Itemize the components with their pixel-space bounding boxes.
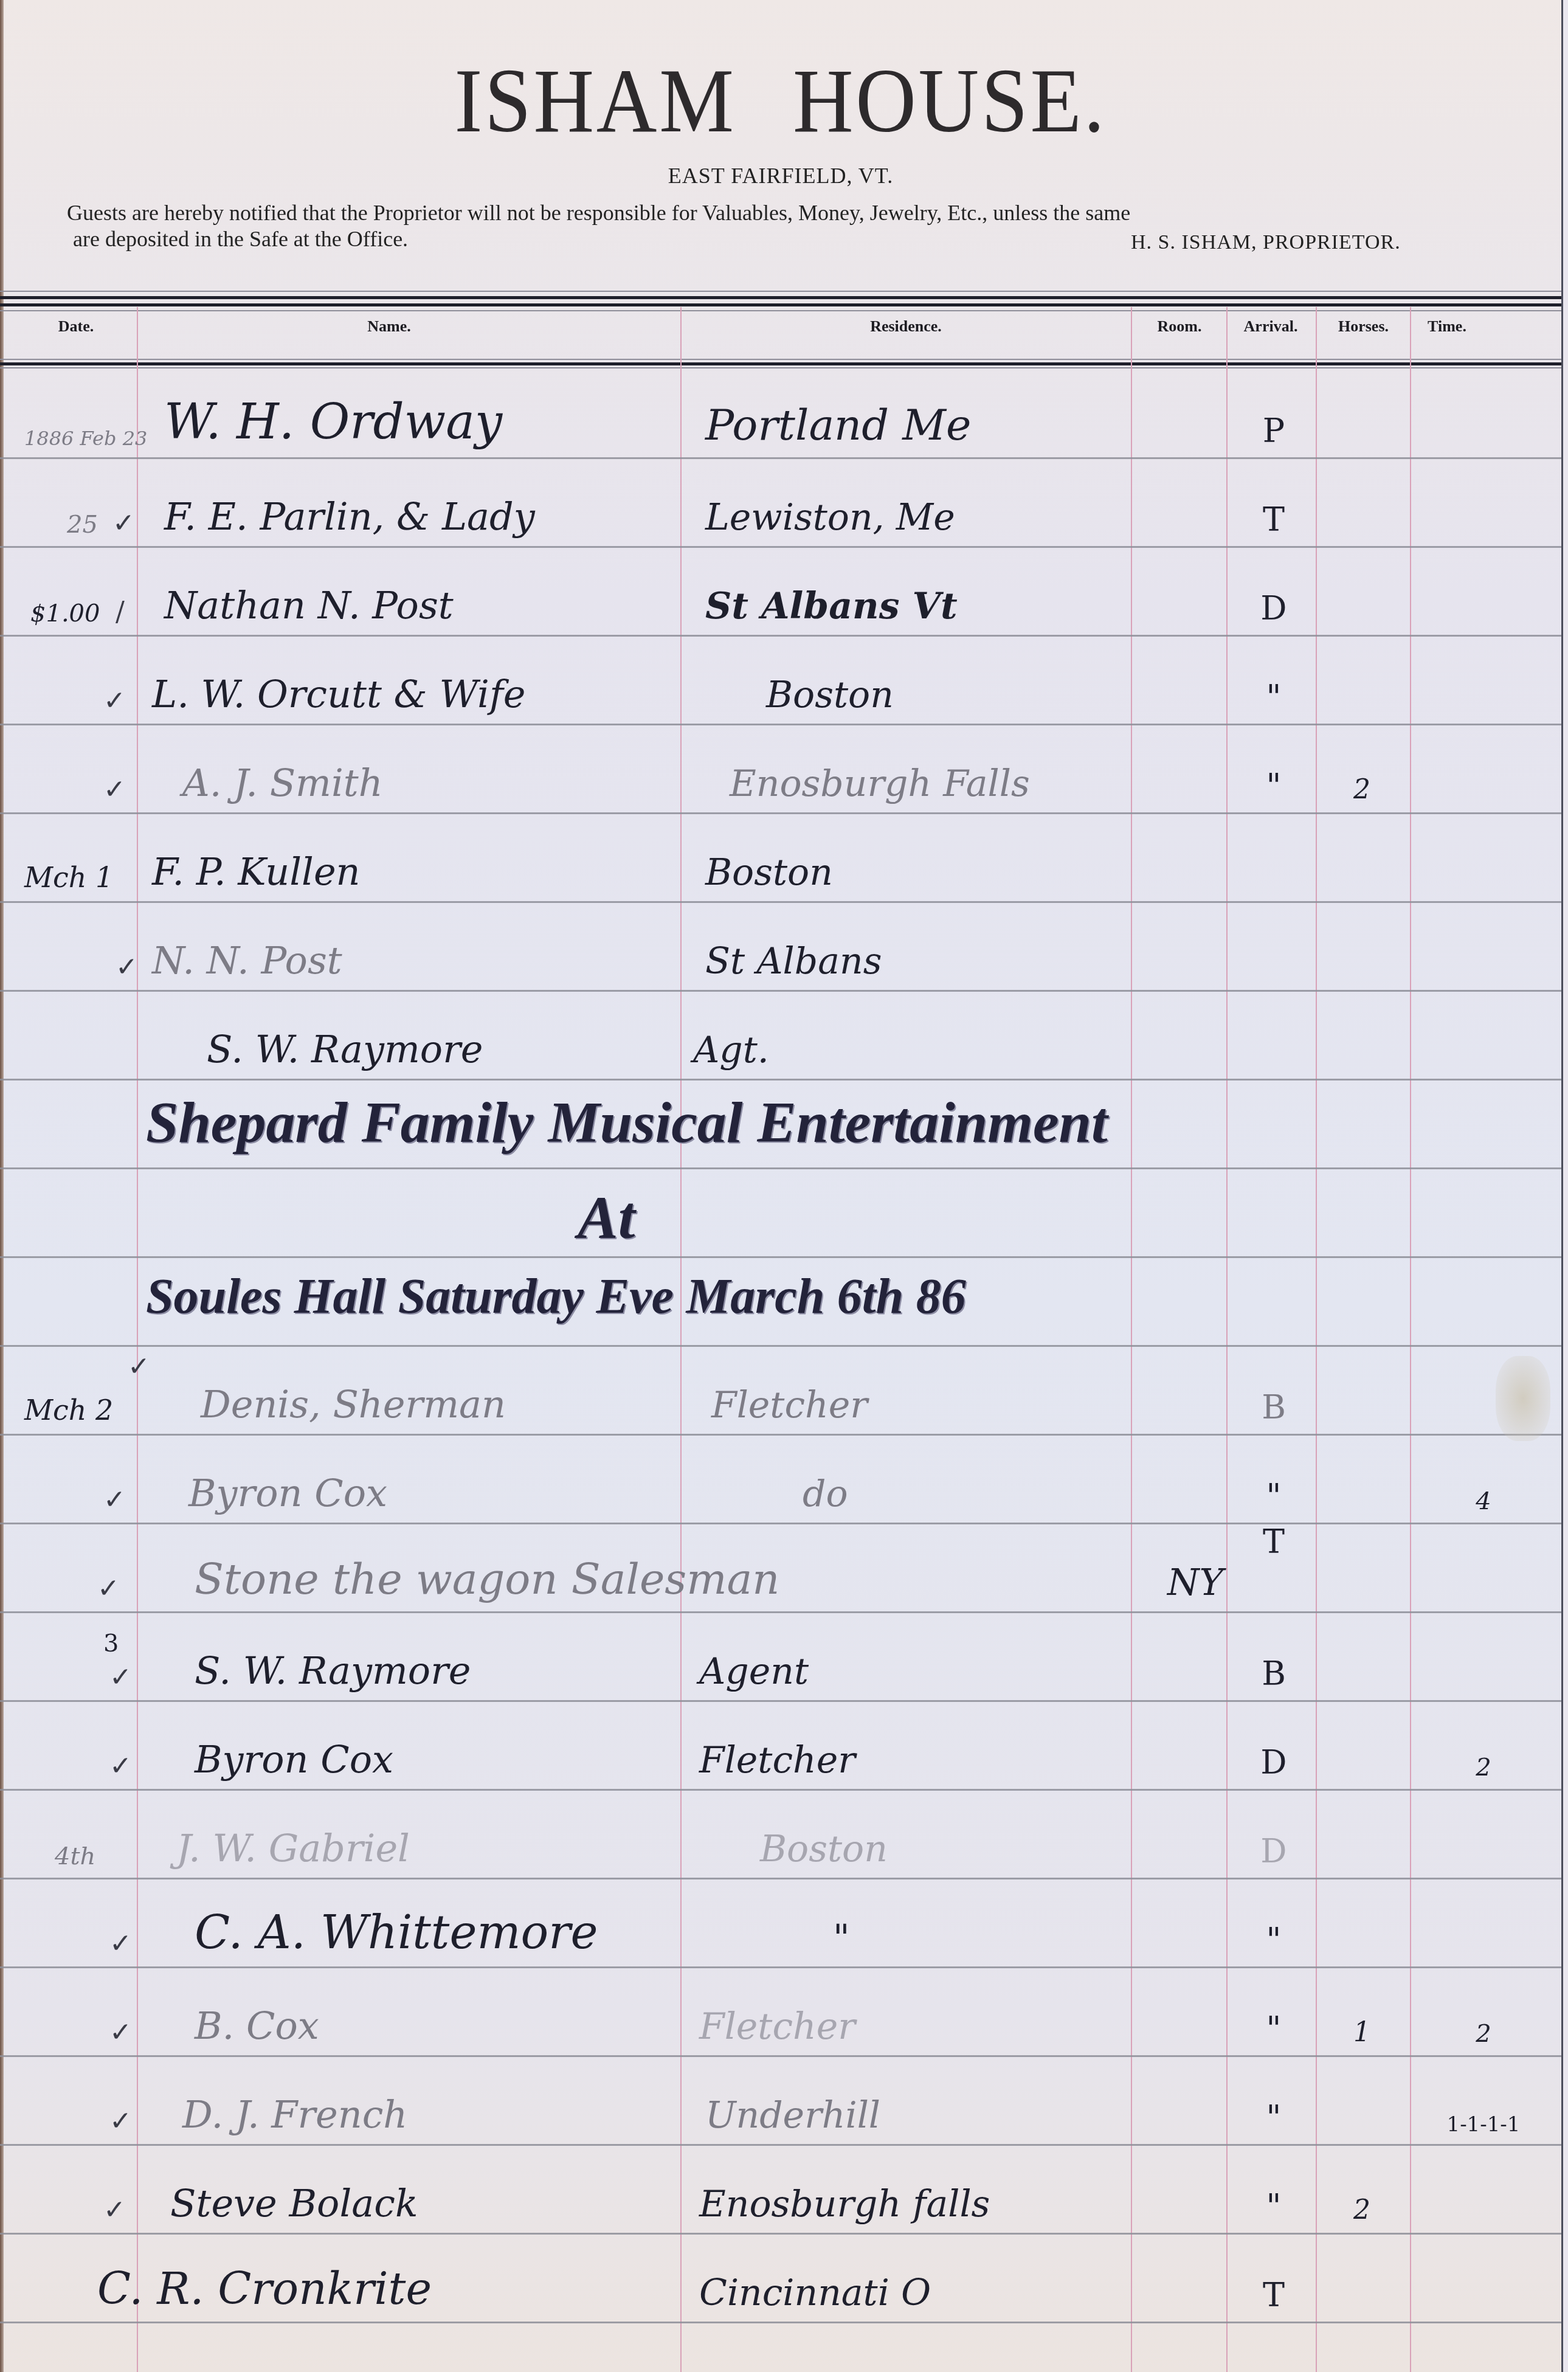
entry-arrival: D	[1237, 1743, 1310, 1782]
entry-name: J. W. Gabriel	[176, 1826, 410, 1870]
entry-residence: Boston	[766, 674, 894, 716]
hotel-title: ISHAM HOUSE.	[63, 49, 1499, 153]
entry-time: 1-1-1-1	[1417, 2112, 1550, 2137]
checkmark-icon: ✓	[116, 952, 138, 983]
ruled-line	[0, 1079, 1561, 1081]
entry-horses: 2	[1322, 2194, 1401, 2225]
entry-residence: Boston	[760, 1828, 888, 1870]
entry-arrival: B	[1237, 1655, 1310, 1693]
entry-arrival: "	[1237, 2098, 1310, 2137]
entry-name: A. J. Smith	[182, 761, 383, 805]
column-header-time: Time.	[1414, 317, 1480, 336]
entry-residence: Cincinnati O	[699, 2272, 931, 2314]
entry-arrival: "	[1237, 2010, 1310, 2048]
header-rule-top-thick-2	[0, 303, 1561, 306]
ruled-line	[0, 2322, 1561, 2323]
entry-arrival: D	[1237, 1832, 1310, 1870]
entry-date: Mch 1	[24, 861, 137, 894]
entry-payment: $1.00	[30, 600, 143, 628]
checkmark-icon: ✓	[109, 2017, 132, 2048]
column-header-room: Room.	[1137, 317, 1222, 336]
checkmark-icon: ✓	[109, 1662, 132, 1693]
entry-date: 4th	[55, 1842, 167, 1870]
register-entry: ✓ Byron Cox do " 4	[0, 1434, 1561, 1523]
register-entry: ✓ Steve Bolack Enosburgh falls " 2	[0, 2144, 1561, 2233]
register-page: ISHAM HOUSE. EAST FAIRFIELD, VT. Guests …	[0, 0, 1563, 2372]
entry-name: F. P. Kullen	[152, 849, 361, 894]
entry-name: Byron Cox	[195, 1737, 393, 1782]
entry-residence: Fletcher	[711, 1384, 868, 1426]
entry-arrival: B	[1237, 1388, 1310, 1426]
register-entry: ✓ C. A. Whittemore " "	[0, 1878, 1561, 1966]
column-header-residence: Residence.	[851, 317, 961, 336]
entry-residence: Enosburgh Falls	[730, 762, 1030, 805]
entry-horses: 2	[1322, 774, 1401, 805]
entry-horses: 1	[1322, 2017, 1401, 2048]
register-entry: $1.00 / Nathan N. Post St Albans Vt D	[0, 546, 1561, 635]
column-header-arrival: Arrival.	[1228, 317, 1313, 336]
checkmark-icon: ✓	[103, 2194, 126, 2225]
entry-arrival: P	[1237, 412, 1310, 450]
entry-name: Byron Cox	[188, 1471, 387, 1515]
checkmark-icon: ✓	[103, 685, 126, 716]
register-entry: ✓ B. Cox Fletcher " 1 2	[0, 1966, 1561, 2055]
entry-residence: St Albans Vt	[705, 585, 958, 628]
entry-residence: NY	[1167, 1561, 1223, 1604]
header-rule-top-thick-1	[0, 296, 1561, 299]
entry-time: 2	[1417, 1754, 1550, 1782]
entry-residence: "	[833, 1917, 850, 1959]
entry-residence: Lewiston, Me	[705, 496, 955, 539]
entry-residence: Fletcher	[699, 1739, 855, 1782]
checkmark-icon: ✓	[103, 774, 126, 805]
checkmark-icon: ✓	[128, 1351, 150, 1382]
checkmark-icon: ✓	[109, 1751, 132, 1782]
checkmark-icon: ✓	[109, 2106, 132, 2137]
announcement-line-2: At	[578, 1183, 635, 1253]
register-entry: ✓ A. J. Smith Enosburgh Falls " 2	[0, 724, 1561, 812]
entry-date: Mch 2	[24, 1394, 137, 1426]
column-header-date: Date.	[36, 317, 116, 336]
header-rule-top-thin	[0, 291, 1561, 292]
entry-arrival: T	[1237, 2276, 1310, 2314]
column-header-name: Name.	[340, 317, 438, 336]
entry-arrival: "	[1237, 678, 1310, 716]
entry-name: C. R. Cronkrite	[97, 2263, 432, 2314]
checkmark-icon: ✓	[112, 508, 135, 539]
header-rule-top-thin-2	[0, 310, 1561, 311]
proprietor-signature: H. S. ISHAM, PROPRIETOR.	[1131, 231, 1401, 254]
entry-arrival: D	[1237, 589, 1310, 628]
entry-residence: Underhill	[705, 2094, 880, 2137]
entry-residence: do	[803, 1473, 848, 1515]
entry-time: 4	[1417, 1487, 1550, 1515]
register-entry: ✓ L. W. Orcutt & Wife Boston "	[0, 635, 1561, 724]
register-entry: ✓ Stone the wagon Salesman NY T	[0, 1523, 1561, 1611]
entry-arrival: "	[1237, 2187, 1310, 2225]
entry-time: 2	[1417, 2020, 1550, 2048]
entry-arrival: T	[1237, 1523, 1310, 1561]
entry-name: S. W. Raymore	[195, 1648, 471, 1693]
hotel-location: EAST FAIRFIELD, VT.	[0, 163, 1561, 188]
header-rule-bottom-thin	[0, 359, 1561, 360]
entry-date: 1886 Feb 23	[24, 427, 137, 450]
announcement-line-3: Soules Hall Saturday Eve March 6th 86	[146, 1268, 966, 1325]
column-header-horses: Horses.	[1319, 317, 1407, 336]
entry-name: B. Cox	[195, 2004, 319, 2048]
entry-arrival: "	[1237, 767, 1310, 805]
ruled-line	[0, 1256, 1561, 1258]
register-entry: C. R. Cronkrite Cincinnati O T	[0, 2233, 1561, 2322]
entry-arrival: T	[1237, 500, 1310, 539]
notice-line-2: are deposited in the Safe at the Office.	[73, 226, 408, 252]
entry-arrival: "	[1237, 1921, 1310, 1959]
register-entry: ✓ D. J. French Underhill " 1-1-1-1	[0, 2055, 1561, 2144]
entry-arrival: "	[1237, 1477, 1310, 1515]
entry-name: C. A. Whittemore	[195, 1905, 598, 1959]
entry-residence: Portland Me	[705, 400, 971, 450]
register-entry: ✓ N. N. Post St Albans	[0, 901, 1561, 990]
register-entry: 1886 Feb 23 W. H. Ordway Portland Me P	[0, 368, 1561, 457]
entry-name: S. W. Raymore	[207, 1027, 483, 1071]
register-entry: ✓ Byron Cox Fletcher D 2	[0, 1700, 1561, 1789]
entry-residence: Agt.	[693, 1029, 769, 1071]
header-rule-bottom-thick	[0, 362, 1561, 365]
entry-residence: Enosburgh falls	[699, 2183, 990, 2225]
tick-mark-icon: /	[116, 596, 125, 628]
announcement-line-1: Shepard Family Musical Entertainment	[146, 1088, 1108, 1156]
entry-residence: Boston	[705, 851, 833, 894]
entry-name: Denis, Sherman	[201, 1382, 506, 1426]
entry-name: N. N. Post	[152, 938, 342, 983]
entry-residence: Agent	[699, 1650, 809, 1693]
notice-line-1: Guests are hereby notified that the Prop…	[67, 199, 1520, 226]
checkmark-icon: ✓	[97, 1573, 120, 1604]
entry-name: D. J. French	[182, 2092, 407, 2137]
entry-residence: St Albans	[705, 940, 882, 983]
checkmark-icon: ✓	[109, 1928, 132, 1959]
register-entry: 25 ✓ F. E. Parlin, & Lady Lewiston, Me T	[0, 457, 1561, 546]
entry-name: W. H. Ordway	[164, 393, 502, 450]
entry-residence: Fletcher	[699, 2005, 855, 2048]
entry-name: Stone the wagon Salesman	[195, 1554, 779, 1604]
paper-stain	[1496, 1356, 1550, 1441]
ruled-line	[0, 1167, 1561, 1169]
checkmark-icon: ✓	[103, 1484, 126, 1515]
entry-name: Nathan N. Post	[164, 583, 454, 628]
register-entry: Mch 2 ✓ Denis, Sherman Fletcher B	[0, 1345, 1561, 1434]
entry-name: L. W. Orcutt & Wife	[152, 672, 526, 716]
register-entry: 4th J. W. Gabriel Boston D	[0, 1789, 1561, 1878]
register-entry: S. W. Raymore Agt.	[0, 990, 1561, 1079]
register-entry: 3 ✓ S. W. Raymore Agent B	[0, 1611, 1561, 1700]
register-entry: Mch 1 F. P. Kullen Boston	[0, 812, 1561, 901]
entry-name: Steve Bolack	[170, 2181, 418, 2225]
entry-name: F. E. Parlin, & Lady	[164, 494, 535, 539]
